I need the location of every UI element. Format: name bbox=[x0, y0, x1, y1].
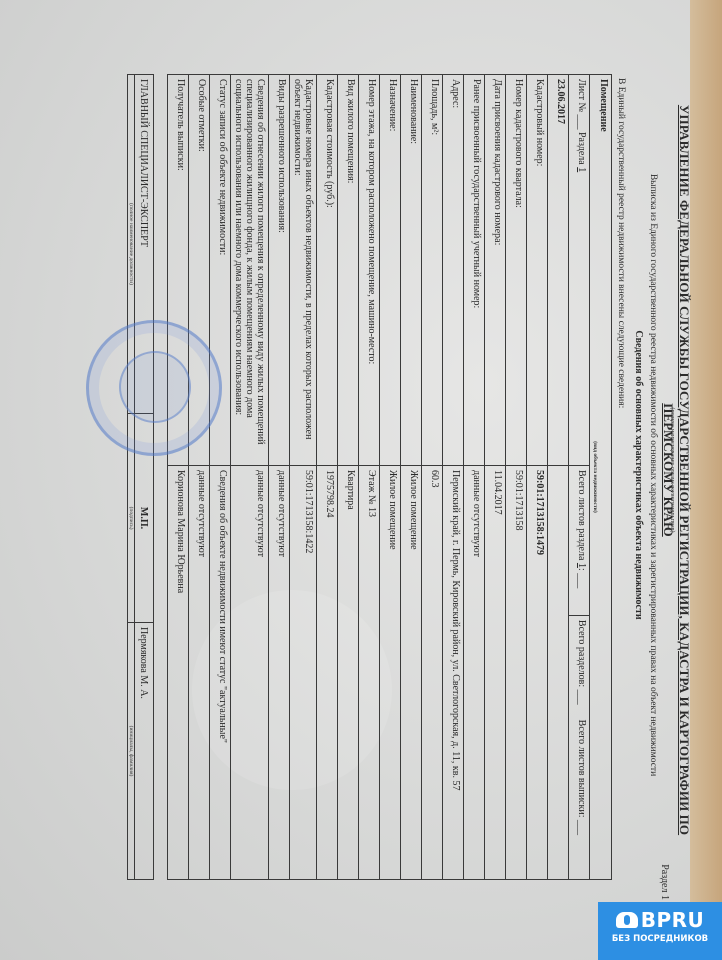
bpru-logo[interactable]: BPRU БЕЗ ПОСРЕДНИКОВ bbox=[598, 902, 722, 960]
field-row: Назначение:Жилое помещение bbox=[380, 75, 401, 880]
field-label: Номер кадастрового квартала: bbox=[506, 75, 527, 466]
field-row: Сведения об отнесении жилого помещения к… bbox=[231, 75, 269, 880]
object-type: Помещение (вид объекта недвижимости) bbox=[590, 75, 612, 880]
field-row: Наименование:Жилое помещение bbox=[401, 75, 422, 880]
field-value: Сведения об объекте недвижимости имеют с… bbox=[210, 466, 231, 880]
field-value: данные отсутствуют bbox=[231, 466, 269, 880]
field-value: Пермский край, г. Пермь, Кировский район… bbox=[443, 466, 464, 880]
field-label: Ранее присвоенный государственный учетны… bbox=[464, 75, 485, 466]
field-label: Наименование: bbox=[401, 75, 422, 466]
field-label: Вид жилого помещения: bbox=[338, 75, 359, 466]
field-label: Виды разрешенного использования: bbox=[269, 75, 290, 466]
issue-date: 23.06.2017 bbox=[548, 75, 569, 466]
field-label: Дата присвоения кадастрового номера: bbox=[485, 75, 506, 466]
field-row: Особые отметки:данные отсутствуют bbox=[189, 75, 210, 880]
field-row: Ранее присвоенный государственный учетны… bbox=[464, 75, 485, 880]
field-row: Дата присвоения кадастрового номера:11.0… bbox=[485, 75, 506, 880]
object-table: Помещение (вид объекта недвижимости) Лис… bbox=[167, 74, 612, 880]
intro-text: В Единый государственный реестр недвижим… bbox=[616, 78, 626, 408]
field-label: Назначение: bbox=[380, 75, 401, 466]
field-row: Статус записи об объекте недвижимости:Св… bbox=[210, 75, 231, 880]
field-row: Виды разрешенного использования:данные о… bbox=[269, 75, 290, 880]
field-label: Кадастровая стоимость (руб.): bbox=[317, 75, 338, 466]
field-value: данные отсутствуют bbox=[269, 466, 290, 880]
section-label: Раздел 1 bbox=[659, 864, 670, 900]
extract-subtitle: Сведения об основных характеристиках объ… bbox=[633, 70, 644, 880]
table-surface bbox=[690, 0, 722, 960]
field-row: Кадастровая стоимость (руб.):1975798.24 bbox=[317, 75, 338, 880]
field-value: Корионова Марина Юрьевна bbox=[168, 466, 189, 880]
authority-caption: (полное наименование органа регистрации … bbox=[669, 70, 675, 870]
field-value: Жилое помещение bbox=[401, 466, 422, 880]
cadastral-number: 59:01:1713158:1479 bbox=[527, 466, 548, 880]
field-value: 60.3 bbox=[422, 466, 443, 880]
field-value: Этаж № 13 bbox=[359, 466, 380, 880]
signer-name: Пермякова М. А. bbox=[135, 623, 154, 880]
field-value: Жилое помещение bbox=[380, 466, 401, 880]
people-icon bbox=[616, 912, 638, 928]
field-row: Номер этажа, на котором расположено поме… bbox=[359, 75, 380, 880]
field-value: данные отсутствуют bbox=[464, 466, 485, 880]
total-sheets-section: Всего листов раздела 1: ___ bbox=[569, 466, 590, 616]
official-seal bbox=[86, 320, 222, 456]
field-label: Номер этажа, на котором расположено поме… bbox=[359, 75, 380, 466]
field-row: Вид жилого помещения:Квартира bbox=[338, 75, 359, 880]
field-label: Сведения об отнесении жилого помещения к… bbox=[231, 75, 269, 466]
extract-document: УПРАВЛЕНИЕ ФЕДЕРАЛЬНОЙ СЛУЖБЫ ГОСУДАРСТВ… bbox=[52, 70, 692, 900]
issuing-authority-title: УПРАВЛЕНИЕ ФЕДЕРАЛЬНОЙ СЛУЖБЫ ГОСУДАРСТВ… bbox=[660, 90, 692, 850]
field-row: Площадь, м²:60.3 bbox=[422, 75, 443, 880]
field-row: Кадастровые номера иных объектов недвижи… bbox=[290, 75, 317, 880]
field-row: Получатель выписки:Корионова Марина Юрье… bbox=[168, 75, 189, 880]
field-label: Адрес: bbox=[443, 75, 464, 466]
field-value: 59:01:1713158 bbox=[506, 466, 527, 880]
extract-title: Выписка из Единого государственного реес… bbox=[648, 70, 658, 880]
logo-tagline: БЕЗ ПОСРЕДНИКОВ bbox=[598, 934, 722, 944]
field-label: Кадастровые номера иных объектов недвижи… bbox=[290, 75, 317, 466]
field-value: Квартира bbox=[338, 466, 359, 880]
cadastral-number-label: Кадастровый номер: bbox=[527, 75, 548, 466]
field-row: Номер кадастрового квартала:59:01:171315… bbox=[506, 75, 527, 880]
sheet-number: Лист № ___ Раздела 1 bbox=[569, 75, 590, 466]
field-value: 11.04.2017 bbox=[485, 466, 506, 880]
field-value: 1975798.24 bbox=[317, 466, 338, 880]
field-value: 59:01:1713158:1422 bbox=[290, 466, 317, 880]
field-value: данные отсутствуют bbox=[189, 466, 210, 880]
total-sections: Всего разделов: ___ Всего листов выписки… bbox=[569, 615, 590, 879]
field-row: Адрес:Пермский край, г. Пермь, Кировский… bbox=[443, 75, 464, 880]
signature-block: ГЛАВНЫЙ СПЕЦИАЛИСТ-ЭКСПЕРТ М.П. Пермяков… bbox=[127, 74, 154, 880]
field-label: Площадь, м²: bbox=[422, 75, 443, 466]
